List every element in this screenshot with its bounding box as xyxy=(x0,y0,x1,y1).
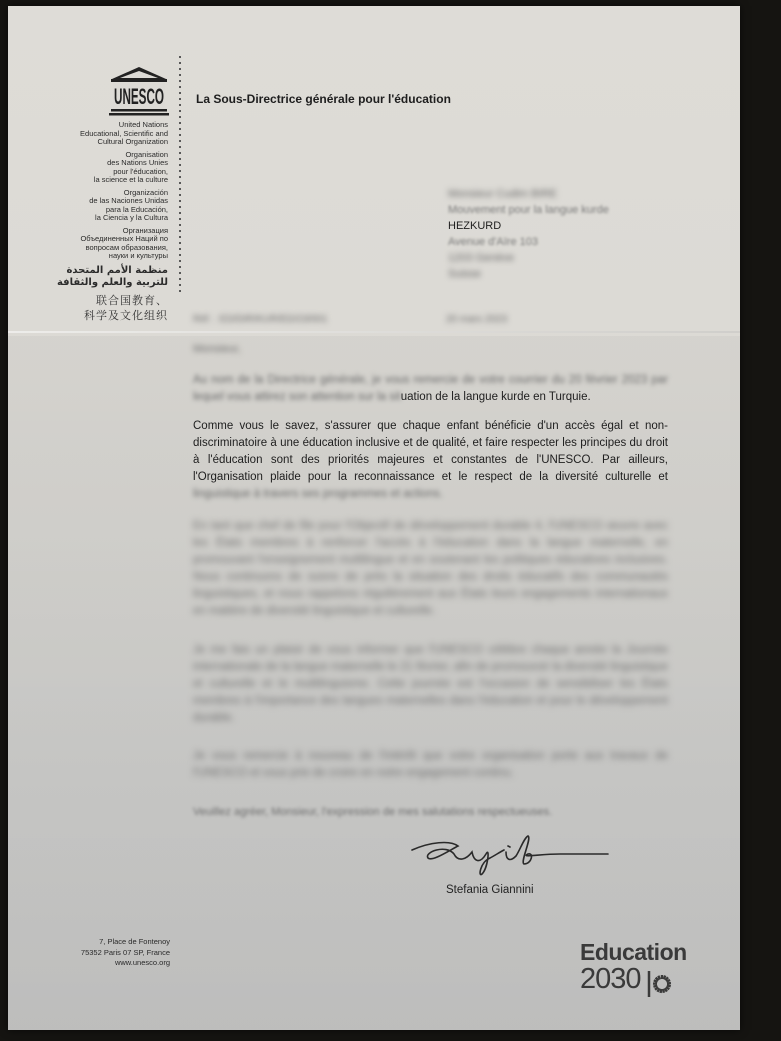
recipient-address: Monsieur Cudim BIRE Mouvement pour la la… xyxy=(448,186,609,282)
org-name-english: United Nations Educational, Scientific a… xyxy=(28,121,168,147)
paragraph-3-redacted: En tant que chef de file pour l'Objectif… xyxy=(193,518,668,620)
handwritten-signature-icon xyxy=(410,832,610,882)
recipient-org: HEZKURD xyxy=(448,218,609,234)
paragraph-2: Comme vous le savez, s'assurer que chaqu… xyxy=(193,418,668,503)
salutation-redacted: Monsieur, xyxy=(193,343,241,355)
education-2030-logo: Education 2030 xyxy=(580,940,687,997)
org-name-chinese: 联合国教育、 科学及文化组织 xyxy=(28,293,168,323)
signatory-name: Stefania Giannini xyxy=(446,884,534,896)
recipient-street: Avenue d'Aïre 103 xyxy=(448,234,609,250)
paragraph-1: Au nom de la Directrice générale, je vou… xyxy=(193,372,668,406)
recipient-country-redacted: Suisse xyxy=(448,266,609,282)
education-word: Education xyxy=(580,940,687,964)
recipient-movement: Mouvement pour la langue kurde xyxy=(448,202,609,218)
paragraph-1-visible: uation de la langue kurde en Turquie. xyxy=(401,391,591,403)
sender-title: La Sous-Directrice générale pour l'éduca… xyxy=(196,92,451,106)
footer-address: 7, Place de Fontenoy 75352 Paris 07 SP, … xyxy=(68,937,170,969)
org-name-spanish: Organización de las Naciones Unidas para… xyxy=(28,189,168,223)
paragraph-5-redacted: Je vous remercie à nouveau de l'intérêt … xyxy=(193,748,668,782)
unesco-temple-logo-icon: UNESCO xyxy=(108,66,170,116)
paragraph-4-redacted: Je me fais un plaisir de vous informer q… xyxy=(193,642,668,727)
education-year: 2030 xyxy=(580,964,641,994)
sdg-wheel-icon xyxy=(647,971,673,997)
recipient-city-redacted: 1203 Genève xyxy=(448,250,609,266)
paper-fold xyxy=(8,331,740,333)
svg-text:UNESCO: UNESCO xyxy=(114,84,164,109)
org-name-russian: Организация Объединенных Наций по вопрос… xyxy=(28,227,168,261)
letterhead-divider xyxy=(179,54,181,294)
org-name-arabic: منظمة الأمم المتحدة للتربية والعلم والثق… xyxy=(28,265,168,289)
organization-names: United Nations Educational, Scientific a… xyxy=(28,121,168,327)
date-redacted: 20 mars 2023 xyxy=(446,314,507,325)
closing-formula: Veuillez agréer, Monsieur, l'expression … xyxy=(193,806,552,818)
reference-redacted: Réf. : ED/DIR/KUR/ED/23/001 xyxy=(193,314,328,325)
paragraph-2-visible: Comme vous le savez, s'assurer que chaqu… xyxy=(193,420,668,483)
org-name-french: Organisation des Nations Unies pour l'éd… xyxy=(28,151,168,185)
paragraph-2-redacted: linguistique à travers ses programmes et… xyxy=(193,488,443,500)
letter-page: UNESCO United Nations Educational, Scien… xyxy=(8,6,740,1030)
recipient-name-redacted: Monsieur Cudim BIRE xyxy=(448,186,609,202)
